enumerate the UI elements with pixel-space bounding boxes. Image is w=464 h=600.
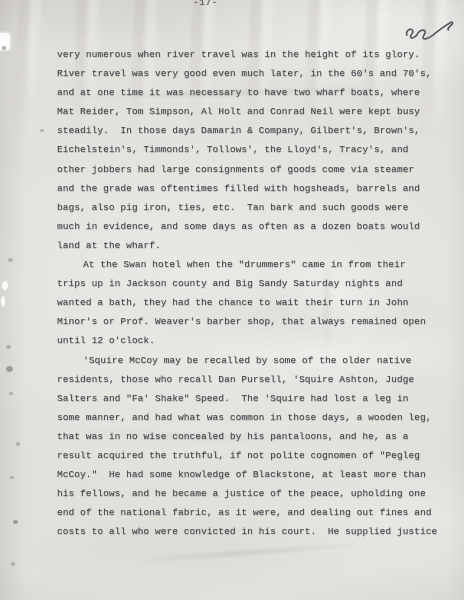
paper-notch — [0, 33, 10, 50]
text-line: his fellows, and he became a justice of … — [57, 484, 452, 503]
paper-speck — [10, 476, 14, 479]
paper-speck — [6, 366, 13, 372]
paper-speck — [11, 562, 15, 566]
paper-speck — [1, 296, 5, 307]
text-line: other jobbers had large consignments of … — [57, 160, 452, 179]
text-line: end of the national fabric, as it were, … — [57, 503, 452, 522]
document-text: very numerous when river travel was in t… — [57, 45, 452, 541]
text-line: Minor's or Prof. Weaver's barber shop, t… — [57, 312, 452, 331]
text-line: trips up in Jackson county and Big Sandy… — [57, 274, 452, 293]
handwritten-annotation — [399, 12, 457, 43]
paper-speck — [8, 258, 13, 262]
paper-speck — [2, 46, 6, 50]
paper-speck — [2, 281, 8, 290]
text-line: At the Swan hotel when the "drummers" ca… — [57, 255, 452, 274]
text-line: that was in no wise concealed by his pan… — [57, 427, 452, 446]
paper-crease — [130, 540, 370, 566]
paper-speck — [6, 345, 11, 349]
text-line: and at one time it was necessary to have… — [57, 83, 452, 102]
text-line: residents, those who recall Dan Pursell,… — [57, 370, 452, 389]
text-line: and the grade was oftentimes filled with… — [57, 179, 452, 198]
text-line: some manner, and had what was common in … — [57, 408, 452, 427]
paper-speck — [40, 129, 44, 132]
text-line: Salters and "Fa' Shake" Speed. The 'Squi… — [57, 389, 452, 408]
text-line: steadily. In those days Damarin & Compan… — [57, 121, 452, 140]
paper-speck — [13, 520, 18, 524]
text-line: much in evidence, and some days as often… — [57, 217, 452, 236]
page-number: -17- — [193, 0, 233, 8]
text-line: wanted a bath, they had the chance to wa… — [57, 293, 452, 312]
paper-speck — [9, 392, 13, 395]
text-line: bags, also pig iron, ties, etc. Tan bark… — [57, 198, 452, 217]
text-line: until 12 o'clock. — [57, 331, 452, 350]
paper-speck — [16, 442, 20, 446]
text-line: very numerous when river travel was in t… — [57, 45, 452, 64]
text-line: costs to all who were convicted in his c… — [57, 522, 452, 541]
scribble-mark — [399, 12, 457, 43]
scanned-page: -17- very numerous when river travel was… — [0, 0, 464, 600]
text-line: Mat Reider, Tom Simpson, Al Holt and Con… — [57, 102, 452, 121]
text-line: Eichelstein's, Timmonds', Tollows', the … — [57, 140, 452, 159]
text-line: River travel was very good even much lat… — [57, 64, 452, 83]
text-line: 'Squire McCoy may be recalled by some of… — [57, 351, 452, 370]
text-line: result acquired the truthful, if not pol… — [57, 446, 452, 465]
text-line: McCoy." He had some knowledge of Blackst… — [57, 465, 452, 484]
text-line: land at the wharf. — [57, 236, 452, 255]
